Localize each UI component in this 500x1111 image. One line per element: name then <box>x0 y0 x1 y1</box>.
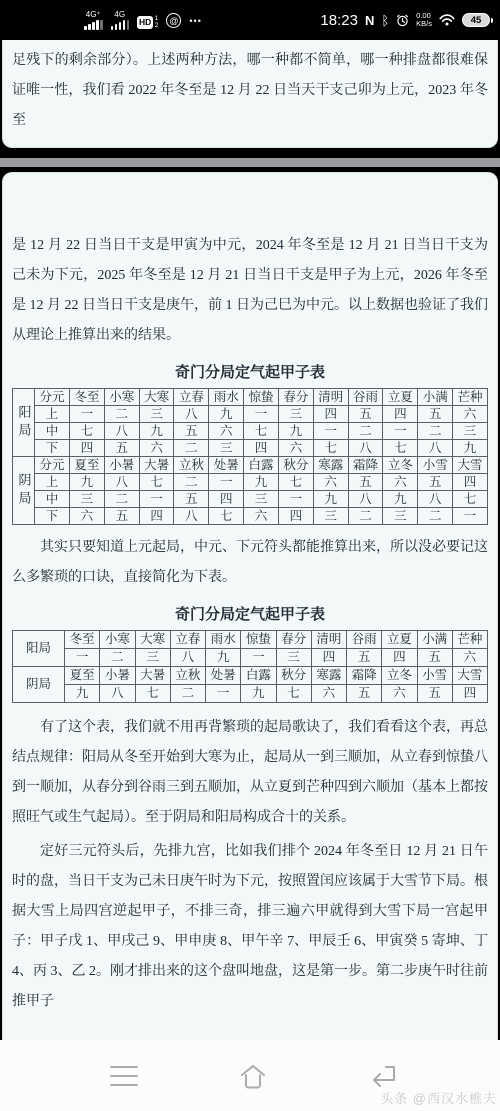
speed-unit: KB/s <box>416 20 432 28</box>
table-cell: 中 <box>35 423 70 440</box>
table-cell: 九 <box>383 491 418 508</box>
table-cell: 五 <box>348 474 383 491</box>
table-cell: 四 <box>278 508 313 525</box>
hamburger-icon <box>108 1063 140 1089</box>
table-cell: 八 <box>174 406 209 423</box>
status-bar: 4G⁺ 4G HD 1 2 @ ••• 18:23 N <box>0 0 500 40</box>
table-cell: 六 <box>453 406 488 423</box>
table-cell: 五 <box>417 649 452 667</box>
table-cell: 清明 <box>311 631 346 649</box>
table-cell: 下 <box>35 508 70 525</box>
table-cell: 霜降 <box>348 457 383 474</box>
table-cell: 三 <box>276 649 311 667</box>
table-cell: 五 <box>104 440 139 457</box>
document-page-current: 是 12 月 22 日当日干支是甲寅为中元，2024 年冬至是 12 月 21 … <box>2 172 498 1040</box>
table-cell: 分元 <box>35 457 70 474</box>
table-cell: 谷雨 <box>348 389 383 406</box>
toutiao-watermark: 头条 @西汉水樵夫 <box>380 1088 497 1107</box>
table-cell: 小寒 <box>104 389 139 406</box>
table-cell: 五 <box>347 649 382 667</box>
android-nav-bar: 头条 @西汉水樵夫 <box>0 1040 500 1111</box>
table-cell: 春分 <box>278 389 313 406</box>
table-cell: 清明 <box>313 389 348 406</box>
table-cell: 立冬 <box>383 457 418 474</box>
table-cell: 九 <box>70 474 105 491</box>
page-gap <box>0 148 500 158</box>
table-cell: 四 <box>139 508 174 525</box>
table-cell: 大雪 <box>453 457 488 474</box>
table-cell: 小暑 <box>104 457 139 474</box>
table-cell: 一 <box>383 423 418 440</box>
table-cell: 惊蛰 <box>244 389 279 406</box>
table-cell: 二 <box>348 423 383 440</box>
table-cell: 三 <box>383 508 418 525</box>
table-cell: 小雪 <box>418 457 453 474</box>
table-cell: 五 <box>418 406 453 423</box>
home-icon <box>235 1062 271 1090</box>
table-cell: 二 <box>104 491 139 508</box>
table-cell: 立秋 <box>174 457 209 474</box>
table-cell: 处暑 <box>206 667 241 685</box>
table-cell: 八 <box>174 508 209 525</box>
table-cell: 一 <box>65 649 100 667</box>
table-row: 上一二三八九一三四五四五六 <box>13 406 488 423</box>
table-cell: 三 <box>453 423 488 440</box>
table-cell: 上 <box>35 474 70 491</box>
table-cell: 七 <box>244 423 279 440</box>
table-cell: 一 <box>206 685 241 703</box>
table-cell: 九 <box>244 474 279 491</box>
table-cell: 夏至 <box>70 457 105 474</box>
bluetooth-icon: ᛒ <box>381 13 389 28</box>
sim2-signal: 4G <box>111 10 130 30</box>
table-cell: 五 <box>417 685 452 703</box>
table-cell: 白露 <box>244 457 279 474</box>
table-cell: 霜降 <box>347 667 382 685</box>
table-cell: 八 <box>100 685 135 703</box>
table-cell: 二 <box>174 474 209 491</box>
hd-sim2-indicator: 2 <box>155 23 159 30</box>
table-cell: 寒露 <box>311 667 346 685</box>
table-cell: 立夏 <box>382 631 417 649</box>
table-row: 一二三八九一三四五四五六 <box>13 649 488 667</box>
table-cell: 八 <box>418 491 453 508</box>
table-cell: 一 <box>70 406 105 423</box>
yin-ju-label: 阴局 <box>13 457 35 525</box>
table-cell: 二 <box>174 440 209 457</box>
table-row: 中三二一五四三一九八九八七 <box>13 491 488 508</box>
table-cell: 七 <box>209 508 244 525</box>
table-cell: 九 <box>313 491 348 508</box>
more-notifications-icon: ••• <box>189 16 201 26</box>
table-cell: 一 <box>139 491 174 508</box>
table-cell: 四 <box>452 685 487 703</box>
table2-title: 奇门分局定气起甲子表 <box>12 603 488 624</box>
table-cell: 四 <box>383 406 418 423</box>
status-left-group: 4G⁺ 4G HD 1 2 @ ••• <box>84 10 202 30</box>
table-cell: 六 <box>311 685 346 703</box>
table-cell: 秋分 <box>276 667 311 685</box>
table-cell: 八 <box>348 491 383 508</box>
document-page-previous: 足残下的剩余部分）。上述两种方法，哪一种都不简单，哪一种排盘都很难保证唯一性，我… <box>2 40 498 148</box>
table-cell: 小满 <box>418 389 453 406</box>
table-row: 阴局 分元夏至小暑大暑立秋处暑白露秋分寒露霜降立冬小雪大雪 <box>13 457 488 474</box>
table-cell: 五 <box>418 474 453 491</box>
table-cell: 七 <box>276 685 311 703</box>
table-cell: 白露 <box>241 667 276 685</box>
table-cell: 冬至 <box>70 389 105 406</box>
qimen-full-table: 阳局 分元冬至小寒大寒立春雨水惊蛰春分清明谷雨立夏小满芒种 上一二三八九一三四五… <box>12 388 488 525</box>
table-cell: 二 <box>104 406 139 423</box>
table-cell: 六 <box>209 423 244 440</box>
table-cell: 九 <box>278 423 313 440</box>
table-cell: 七 <box>70 423 105 440</box>
notification-app-icon: @ <box>166 13 181 28</box>
table-cell: 一 <box>453 508 488 525</box>
table-cell: 五 <box>104 508 139 525</box>
table-cell: 六 <box>278 440 313 457</box>
sim2-network-label: 4G <box>114 10 125 19</box>
table-cell: 三 <box>139 406 174 423</box>
table-cell: 九 <box>206 649 241 667</box>
table-cell: 二 <box>418 508 453 525</box>
sim1-signal: 4G⁺ <box>84 10 103 30</box>
clock-time: 18:23 <box>320 12 358 29</box>
table-cell: 九 <box>139 423 174 440</box>
table-cell: 四 <box>382 649 417 667</box>
table-cell: 寒露 <box>313 457 348 474</box>
qimen-simplified-table: 阳局 冬至小寒大寒立春雨水惊蛰春分清明谷雨立夏小满芒种 一二三八九一三四五四五六… <box>12 630 488 703</box>
table-cell: 立夏 <box>383 389 418 406</box>
table-cell: 芒种 <box>452 631 487 649</box>
table-cell: 四 <box>209 491 244 508</box>
table-cell: 四 <box>313 406 348 423</box>
table-cell: 立春 <box>170 631 205 649</box>
table-row: 阳局 分元冬至小寒大寒立春雨水惊蛰春分清明谷雨立夏小满芒种 <box>13 389 488 406</box>
table-cell: 七 <box>139 474 174 491</box>
table-cell: 谷雨 <box>347 631 382 649</box>
table-cell: 四 <box>311 649 346 667</box>
table-cell: 立秋 <box>170 667 205 685</box>
table-cell: 六 <box>313 474 348 491</box>
battery-percent: 45 <box>471 15 482 26</box>
table-cell: 分元 <box>35 389 70 406</box>
table-cell: 中 <box>35 491 70 508</box>
table-cell: 六 <box>139 440 174 457</box>
table-cell: 惊蛰 <box>241 631 276 649</box>
yang-ju-label: 阳局 <box>13 631 65 667</box>
table-row: 阳局 冬至小寒大寒立春雨水惊蛰春分清明谷雨立夏小满芒种 <box>13 631 488 649</box>
table1-title: 奇门分局定气起甲子表 <box>12 361 488 382</box>
document-reader-view[interactable]: 足残下的剩余部分）。上述两种方法，哪一种都不简单，哪一种排盘都很难保证唯一性，我… <box>0 40 500 1040</box>
table-row: 九八七二一九七六五六五四 <box>13 685 488 703</box>
yang-ju-label: 阳局 <box>13 389 35 457</box>
table-cell: 立冬 <box>382 667 417 685</box>
table-row: 下四五六二三四六七八七八九 <box>13 440 488 457</box>
table-cell: 一 <box>209 474 244 491</box>
network-speed-indicator: 0.00 KB/s <box>416 12 432 28</box>
table-cell: 三 <box>244 491 279 508</box>
table-cell: 三 <box>313 508 348 525</box>
table-cell: 六 <box>244 508 279 525</box>
table-cell: 六 <box>383 474 418 491</box>
table-row: 上九八七二一九七六五六五四 <box>13 474 488 491</box>
table-cell: 芒种 <box>453 389 488 406</box>
table-cell: 五 <box>174 423 209 440</box>
table-cell: 五 <box>347 685 382 703</box>
page-separator <box>0 158 500 167</box>
table-cell: 一 <box>241 649 276 667</box>
battery-indicator: 45 <box>462 13 490 27</box>
alarm-clock-icon <box>396 14 409 27</box>
table-cell: 六 <box>452 649 487 667</box>
table-cell: 八 <box>348 440 383 457</box>
wifi-icon <box>439 14 455 26</box>
paragraph-page1: 足残下的剩余部分）。上述两种方法，哪一种都不简单，哪一种排盘都很难保证唯一性，我… <box>12 46 488 136</box>
table-row: 下六五四八七六四三二三二一 <box>13 508 488 525</box>
table-cell: 小寒 <box>100 631 135 649</box>
table-cell: 八 <box>104 474 139 491</box>
yin-ju-label: 阴局 <box>13 667 65 703</box>
back-return-icon <box>366 1063 398 1089</box>
table-cell: 大暑 <box>135 667 170 685</box>
paragraph-intro: 是 12 月 22 日当日干支是甲寅为中元，2024 年冬至是 12 月 21 … <box>12 231 488 351</box>
table-cell: 一 <box>278 491 313 508</box>
table-cell: 九 <box>453 440 488 457</box>
table-cell: 上 <box>35 406 70 423</box>
paragraph-example: 定好三元符头后，先排九宫，比如我们排个 2024 年冬至日 12 月 21 日午… <box>12 837 488 1017</box>
sim1-network-label: 4G⁺ <box>86 10 101 19</box>
table-cell: 一 <box>244 406 279 423</box>
sim1-signal-bars-icon <box>84 20 103 30</box>
table-cell: 冬至 <box>65 631 100 649</box>
table-cell: 二 <box>170 685 205 703</box>
table-cell: 九 <box>65 685 100 703</box>
table-cell: 七 <box>313 440 348 457</box>
table-cell: 七 <box>453 491 488 508</box>
paragraph-rule: 有了这个表，我们就不用再背繁琐的起局歌诀了，我们看看这个表，再总结点规律：阳局从… <box>12 713 488 833</box>
table-row: 阴局 夏至小暑大暑立秋处暑白露秋分寒露霜降立冬小雪大雪 <box>13 667 488 685</box>
table-cell: 大寒 <box>139 389 174 406</box>
table-cell: 七 <box>383 440 418 457</box>
table-cell: 三 <box>70 491 105 508</box>
table-cell: 立春 <box>174 389 209 406</box>
status-right-group: 18:23 N ᛒ 0.00 KB/s 45 <box>320 12 490 29</box>
table-cell: 雨水 <box>209 389 244 406</box>
table-cell: 二 <box>100 649 135 667</box>
table-cell: 三 <box>209 440 244 457</box>
table-cell: 四 <box>453 474 488 491</box>
table-cell: 大暑 <box>139 457 174 474</box>
table-cell: 雨水 <box>206 631 241 649</box>
home-button[interactable] <box>235 1062 271 1090</box>
table-cell: 秋分 <box>278 457 313 474</box>
table-cell: 七 <box>278 474 313 491</box>
table-cell: 五 <box>174 491 209 508</box>
table-cell: 夏至 <box>65 667 100 685</box>
table-cell: 六 <box>70 508 105 525</box>
table-cell: 春分 <box>276 631 311 649</box>
table-cell: 小满 <box>417 631 452 649</box>
sim2-signal-bars-icon <box>111 20 130 30</box>
table-cell: 九 <box>241 685 276 703</box>
volte-hd-icon: HD 1 2 <box>137 16 158 29</box>
table-cell: 九 <box>209 406 244 423</box>
table-cell: 四 <box>70 440 105 457</box>
table-cell: 三 <box>135 649 170 667</box>
table-cell: 七 <box>135 685 170 703</box>
paragraph-simplify: 其实只要知道上元起局，中元、下元符头都能推算出来，所以没必要记这么多繁琐的口诀，… <box>12 533 488 593</box>
table-cell: 小暑 <box>100 667 135 685</box>
table-cell: 大雪 <box>452 667 487 685</box>
table-row: 中七八九五六七九一二一二三 <box>13 423 488 440</box>
table-cell: 三 <box>278 406 313 423</box>
table-cell: 八 <box>418 440 453 457</box>
table-cell: 二 <box>418 423 453 440</box>
back-button[interactable] <box>366 1063 398 1089</box>
table-cell: 八 <box>170 649 205 667</box>
table-cell: 下 <box>35 440 70 457</box>
table-cell: 处暑 <box>209 457 244 474</box>
table-cell: 一 <box>313 423 348 440</box>
table-cell: 四 <box>244 440 279 457</box>
table-cell: 小雪 <box>417 667 452 685</box>
table-cell: 五 <box>348 406 383 423</box>
table-cell: 六 <box>382 685 417 703</box>
table-cell: 大寒 <box>135 631 170 649</box>
menu-button[interactable] <box>108 1063 140 1089</box>
table-cell: 八 <box>104 423 139 440</box>
nfc-icon: N <box>365 13 374 28</box>
table-cell: 二 <box>348 508 383 525</box>
